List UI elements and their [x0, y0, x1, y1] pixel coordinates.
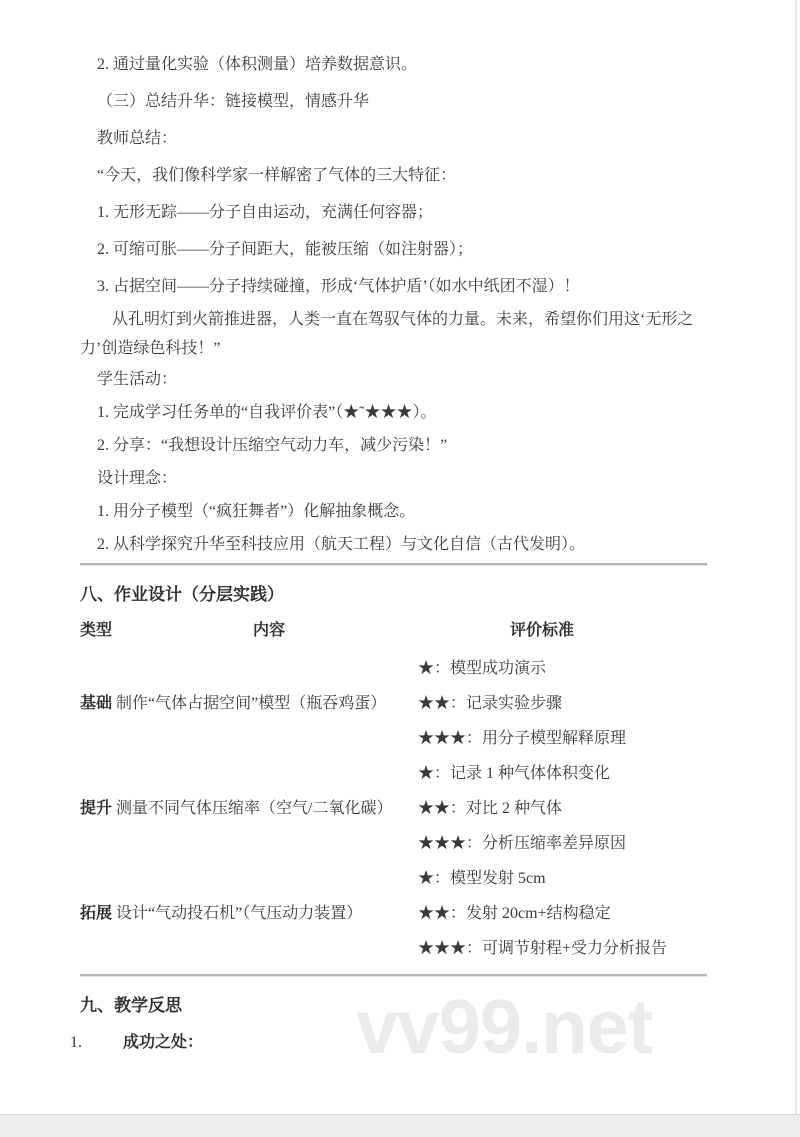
paragraph-flow: 从孔明灯到火箭推进器，人类一直在驾驭气体的力量。未来，希望你们用这‘无形之力’创…: [80, 305, 707, 363]
criteria-line: ★：记录 1 种气体体积变化: [418, 756, 626, 791]
row-type-label: 拓展: [80, 905, 116, 922]
section-divider: [80, 563, 707, 565]
criteria-line: ★★★：分析压缩率差异原因: [418, 826, 626, 861]
criteria-line: ★★：对比 2 种气体: [418, 791, 626, 826]
row-content-text: 制作“气体占据空间”模型（瓶吞鸡蛋）: [116, 695, 386, 712]
paragraph-line: （三）总结升华：链接模型，情感升华: [80, 83, 707, 120]
row-content-text: 设计“气动投石机”（气压动力装置）: [116, 905, 362, 922]
document-content: 2. 通过量化实验（体积测量）培养数据意识。 （三）总结升华：链接模型，情感升华…: [0, 0, 800, 1054]
row-type-label: 提升: [80, 800, 116, 817]
row-criteria: ★：模型成功演示 ★★：记录实验步骤 ★★★：用分子模型解释原理: [418, 651, 626, 756]
paragraph-line: 1. 完成学习任务单的“自我评价表”（★˜★★★）。: [80, 396, 707, 429]
document-page: vv99.net 2. 通过量化实验（体积测量）培养数据意识。 （三）总结升华：…: [0, 0, 800, 1137]
section8-heading: 八、作业设计（分层实践）: [80, 585, 707, 605]
criteria-line: ★★★：可调节射程+受力分析报告: [418, 931, 667, 966]
reflection-item: 1.成功之处：: [80, 1032, 707, 1054]
table-row: 基础 制作“气体占据空间”模型（瓶吞鸡蛋） ★：模型成功演示 ★★：记录实验步骤…: [80, 651, 707, 756]
criteria-line: ★：模型发射 5cm: [418, 861, 667, 896]
row-type-label: 基础: [80, 695, 116, 712]
paragraph-line: 设计理念：: [80, 462, 707, 495]
paragraph-line: 2. 分享：“我想设计压缩空气动力车，减少污染！”: [80, 429, 707, 462]
page-bottom-band: [0, 1114, 800, 1137]
criteria-line: ★★：记录实验步骤: [418, 686, 626, 721]
paragraph-line: 2. 从科学探究升华至科技应用（航天工程）与文化自信（古代发明）。: [80, 528, 707, 561]
row-type-content: 拓展 设计“气动投石机”（气压动力装置）: [80, 903, 418, 925]
paragraph-line: 3. 占据空间——分子持续碰撞，形成‘气体护盾’（如水中纸团不湿）！: [80, 268, 707, 305]
section-divider: [80, 974, 707, 976]
paragraph-line: 2. 可缩可胀——分子间距大，能被压缩（如注射器）；: [80, 231, 707, 268]
paragraph-line: 教师总结：: [80, 120, 707, 157]
paragraph-line: “今天，我们像科学家一样解密了气体的三大特征：: [80, 157, 707, 194]
table-row: 提升 测量不同气体压缩率（空气/二氧化碳） ★：记录 1 种气体体积变化 ★★：…: [80, 756, 707, 861]
paragraph-line: 2. 通过量化实验（体积测量）培养数据意识。: [80, 46, 707, 83]
paragraph-line: 学生活动：: [80, 363, 707, 396]
criteria-line: ★★：发射 20cm+结构稳定: [418, 896, 667, 931]
column-header-criteria: 评价标准: [510, 619, 574, 643]
section9-heading: 九、教学反思: [80, 996, 707, 1016]
row-type-content: 提升 测量不同气体压缩率（空气/二氧化碳）: [80, 798, 418, 820]
table-row: 拓展 设计“气动投石机”（气压动力装置） ★：模型发射 5cm ★★：发射 20…: [80, 861, 707, 966]
homework-table-header: 类型 内容 评价标准: [80, 619, 707, 643]
column-header-type: 类型: [80, 619, 112, 643]
criteria-line: ★：模型成功演示: [418, 651, 626, 686]
column-header-content: 内容: [253, 619, 285, 643]
item-number: 1.: [70, 1032, 123, 1054]
row-type-content: 基础 制作“气体占据空间”模型（瓶吞鸡蛋）: [80, 693, 418, 715]
item-label: 成功之处：: [123, 1034, 203, 1051]
paragraph-line: 1. 用分子模型（“疯狂舞者”）化解抽象概念。: [80, 495, 707, 528]
page-right-edge: [795, 0, 797, 1137]
criteria-line: ★★★：用分子模型解释原理: [418, 721, 626, 756]
row-criteria: ★：记录 1 种气体体积变化 ★★：对比 2 种气体 ★★★：分析压缩率差异原因: [418, 756, 626, 861]
row-content-text: 测量不同气体压缩率（空气/二氧化碳）: [116, 800, 392, 817]
row-criteria: ★：模型发射 5cm ★★：发射 20cm+结构稳定 ★★★：可调节射程+受力分…: [418, 861, 667, 966]
paragraph-line: 1. 无形无踪——分子自由运动，充满任何容器；: [80, 194, 707, 231]
